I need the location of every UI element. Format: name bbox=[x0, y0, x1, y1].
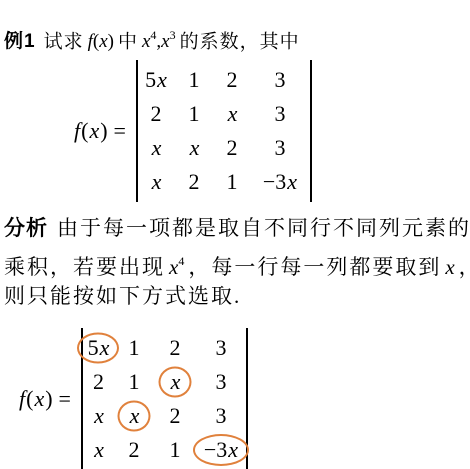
equation-lhs: f(x)= bbox=[19, 386, 72, 412]
x3-exponent: 3 bbox=[170, 28, 176, 42]
matrix-cell-circled: x bbox=[154, 365, 196, 399]
matrix-cell-circled: 5x bbox=[83, 331, 114, 365]
analysis-text-1: 由于每一项都是取自不同行不同列元素的 bbox=[57, 216, 470, 240]
analysis-line-2: 乘积，若要出现x4，每一行每一列都要取到x， bbox=[4, 245, 468, 279]
matrix-cell: 5x bbox=[138, 63, 174, 97]
equals-sign: = bbox=[59, 386, 72, 411]
determinant-equation-2: f(x)= 5x 1 2 3 2 1 x 3 x x 2 3 x 2 1 −3x bbox=[19, 328, 248, 469]
fx-label: f(x) bbox=[19, 386, 54, 411]
matrix-cell: 1 bbox=[154, 433, 196, 467]
matrix-cell: 1 bbox=[114, 365, 154, 399]
matrix-cell: 2 bbox=[174, 165, 214, 199]
analysis-label: 分析 bbox=[4, 217, 48, 240]
analysis-line-1: 分析由于每一项都是取自不同行不同列元素的 bbox=[4, 211, 468, 245]
title-text-1: 试求 bbox=[44, 31, 84, 52]
x3-base: x bbox=[161, 31, 169, 52]
x4-inline-base: x bbox=[169, 255, 178, 279]
matrix-cell: x bbox=[214, 97, 250, 131]
matrix-cell: 2 bbox=[154, 331, 196, 365]
matrix-cell-circled: −3x bbox=[196, 433, 246, 467]
matrix-cell-circled: x bbox=[114, 399, 154, 433]
matrix-cell: x bbox=[138, 131, 174, 165]
analysis-text-2b: ，每一行每一列都要取到 bbox=[188, 255, 441, 279]
x-inline-expression: x bbox=[445, 255, 454, 279]
matrix-cell: 1 bbox=[114, 331, 154, 365]
matrix-cell: x bbox=[83, 399, 114, 433]
matrix-cell: 2 bbox=[214, 131, 250, 165]
x4-inline-expression: x4 bbox=[169, 255, 184, 279]
matrix-cell: −3x bbox=[250, 165, 310, 199]
matrix-cell: 2 bbox=[214, 63, 250, 97]
matrix-cell: 3 bbox=[196, 399, 246, 433]
fx-label: f(x) bbox=[74, 118, 109, 143]
x-inline-base: x bbox=[445, 255, 454, 279]
matrix-cell: 2 bbox=[138, 97, 174, 131]
fx-expression: f(x) bbox=[88, 31, 114, 52]
matrix-cell: 3 bbox=[196, 365, 246, 399]
document-page: 例1试求f(x)中x4,x3的系数，其中 f(x)= 5x 1 2 3 2 1 … bbox=[0, 0, 470, 469]
analysis-paragraph: 分析由于每一项都是取自不同行不同列元素的 乘积，若要出现x4，每一行每一列都要取… bbox=[4, 211, 468, 313]
matrix-cell: 3 bbox=[250, 63, 310, 97]
determinant-matrix-2: 5x 1 2 3 2 1 x 3 x x 2 3 x 2 1 −3x bbox=[81, 328, 248, 469]
matrix-cell: 2 bbox=[114, 433, 154, 467]
matrix-cell: 2 bbox=[83, 365, 114, 399]
example-label: 例1 bbox=[4, 31, 36, 52]
x-powers-expression: x4,x3 bbox=[142, 31, 176, 52]
analysis-text-2a: 乘积，若要出现 bbox=[4, 255, 165, 279]
analysis-line-3: 则只能按如下方式选取. bbox=[4, 279, 468, 313]
problem-statement: 例1试求f(x)中x4,x3的系数，其中 bbox=[4, 23, 466, 55]
x4-exponent: 4 bbox=[150, 28, 156, 42]
matrix-cell: 2 bbox=[154, 399, 196, 433]
matrix-cell: 3 bbox=[196, 331, 246, 365]
x4-inline-exponent: 4 bbox=[178, 254, 184, 268]
matrix-cell: 1 bbox=[174, 97, 214, 131]
title-text-2: 中 bbox=[118, 31, 138, 52]
matrix-cell: x bbox=[174, 131, 214, 165]
matrix-cell: 1 bbox=[214, 165, 250, 199]
determinant-equation-1: f(x)= 5x 1 2 3 2 1 x 3 x x 2 3 x 2 1 −3x bbox=[74, 60, 312, 202]
matrix-cell: x bbox=[138, 165, 174, 199]
matrix-cell: 1 bbox=[174, 63, 214, 97]
matrix-cell: 3 bbox=[250, 131, 310, 165]
matrix-cell: 3 bbox=[250, 97, 310, 131]
determinant-matrix-1: 5x 1 2 3 2 1 x 3 x x 2 3 x 2 1 −3x bbox=[136, 60, 312, 202]
analysis-text-2c: ， bbox=[459, 255, 470, 279]
matrix-cell: x bbox=[83, 433, 114, 467]
title-text-3: 的系数，其中 bbox=[180, 31, 300, 52]
equals-sign: = bbox=[114, 118, 127, 143]
equation-lhs: f(x)= bbox=[74, 118, 127, 144]
